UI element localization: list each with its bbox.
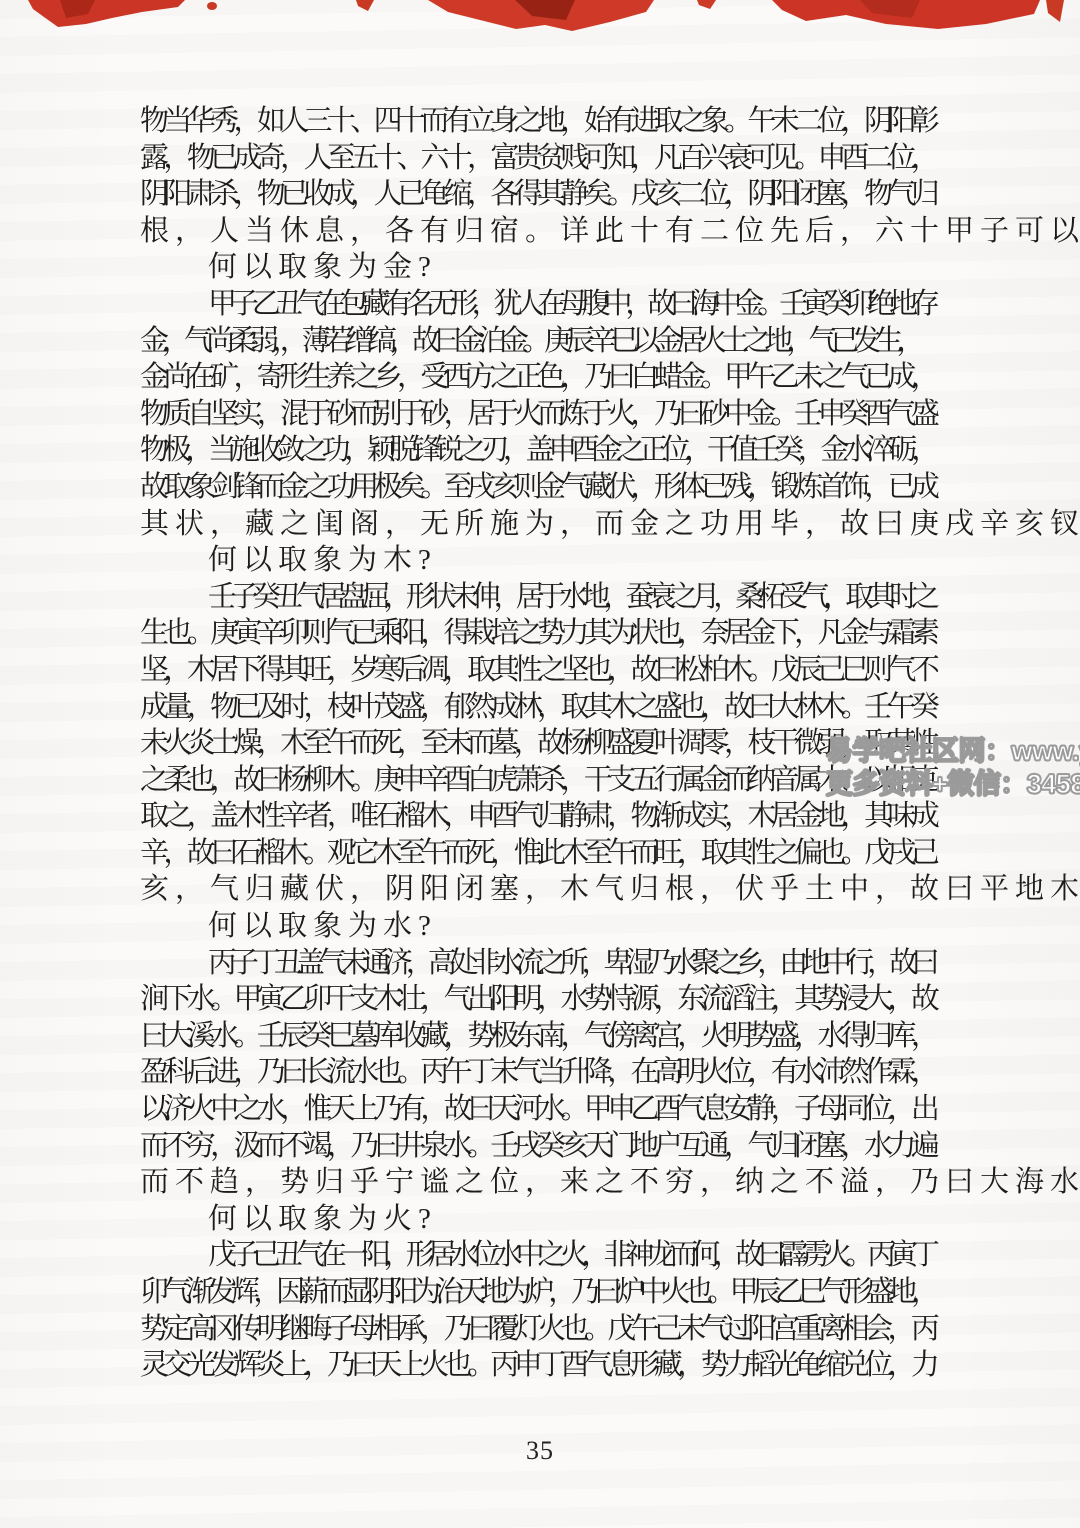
text-line: 盈科后进，乃曰长流水也。丙午丁未气当升降，在高明火位，有水沛然作霖， <box>140 1054 940 1091</box>
scanned-page: 物当华秀，如人三十、四十而有立身之地，始有进取之象。午未二位，阴阳彰露，物已成奇… <box>0 0 1080 1528</box>
text-line: 根，人当休息，各有归宿。详此十有二位先后，六十甲子可以次第而知晓。 <box>140 213 940 250</box>
text-line: 未火炎土燥，木至午而死，至未而墓，故杨柳盛夏叶凋零，枝干微弱，取其性 <box>140 725 940 762</box>
tear-speck <box>697 0 716 9</box>
red-tear-marks <box>0 0 1080 40</box>
text-line: 阴阳肃杀，物已收成，人已龟缩，各得其静矣。戌亥二位，阴阳闭塞，物气归 <box>140 176 940 213</box>
text-line: 壬子癸丑气居盘屈，形状未伸，居于水地，蚕衰之月，桑柘受气，取其时之 <box>140 579 940 616</box>
text-line: 物极，当施收敛之功，颖脱锋锐之刃，盖申酉金之正位，干值壬癸，金水淬砺， <box>140 432 940 469</box>
text-line: 坚，木居下得其旺，岁寒后凋，取其性之坚也，故曰松柏木。戊辰己巳则气不 <box>140 652 940 689</box>
text-line: 之柔也，故曰杨柳木。庚申辛酉白虎萧杀，干支五行属金而纳音属木，以相克 <box>140 762 940 799</box>
text-line: 故取象剑锋而金之功用极矣。至戌亥则金气藏伏，形体已残，锻炼首饰，已成 <box>140 469 940 506</box>
text-line: 灵交光发辉炎上，乃曰天上火也。丙申丁酉气息形藏，势力韬光龟缩兑位，力 <box>140 1347 940 1384</box>
text-line: 何以取象为火? <box>140 1201 940 1238</box>
text-line: 其状，藏之闺阁，无所施为，而金之功用毕，故曰庚戌辛亥钗钏金。 <box>140 506 940 543</box>
text-line: 何以取象为木? <box>140 542 940 579</box>
text-line: 涧下水。甲寅乙卯干支木壮，气出阳明，水势恃源，东流滔注，其势浸大，故 <box>140 981 940 1018</box>
text-line: 取之，盖木性辛者，唯石榴木，申酉气归静肃，物渐成实，木居金地，其味成 <box>140 798 940 835</box>
text-line: 而不趋，势归乎宁谧之位，来之不穷，纳之不溢，乃曰大海水也。 <box>140 1164 940 1201</box>
text-line: 亥，气归藏伏，阴阳闭塞，木气归根，伏乎土中，故曰平地木也。 <box>140 871 940 908</box>
tear-speck <box>207 2 217 10</box>
text-line: 戊子己丑气在一阳，形居水位水中之火，非神龙而何，故曰霹雳火。丙寅丁 <box>140 1237 940 1274</box>
text-line: 物当华秀，如人三十、四十而有立身之地，始有进取之象。午未二位，阴阳彰 <box>140 103 940 140</box>
text-line: 辛，故曰石榴木。观它木至午而死，惟此木至午而旺，取其性之偏也。戊戌己 <box>140 835 940 872</box>
text-line: 卯气渐发辉，因薪而显阴阳为治天地为炉，乃曰炉中火也。甲辰乙巳气形盛地， <box>140 1274 940 1311</box>
text-line: 何以取象为水? <box>140 908 940 945</box>
text-line: 金，气尚柔弱，，薄若缯缟，故曰金泊金。庚辰辛巳以金居火土之地，气已发生， <box>140 323 940 360</box>
text-line: 生也。庚寅辛卯则气已乘阳，得栽培之势力其为状也，奈居金下，凡金与霜素 <box>140 615 940 652</box>
text-line: 何以取象为金? <box>140 249 940 286</box>
text-line: 以济火中之水，惟天上乃有，故曰天河水。甲申乙酉气息安静，子母同位，出 <box>140 1091 940 1128</box>
text-line: 而不穷，汲而不竭，乃曰井泉水。壬戌癸亥天门地户互通，气归闭塞，水力遍 <box>140 1128 940 1165</box>
text-line: 成量，物已及时，枝叶茂盛，郁然成林，取其木之盛也，故曰大林木。壬午癸 <box>140 689 940 726</box>
text-line: 丙子丁丑盖气未通济，高处非水流之所，卑湿乃水聚之乡，由地中行，故曰 <box>140 945 940 982</box>
text-line: 势定高冈传明继晦子母相承，乃曰覆灯火也。戊午己未气过阳宫重离相会，丙 <box>140 1311 940 1348</box>
tear-speck <box>356 0 374 11</box>
tear-edge <box>1046 0 1064 22</box>
page-number: 35 <box>0 1436 1080 1466</box>
text-line: 露，物已成奇，人至五十、六十，富贵贫贱可知，凡百兴衰可见。申酉二位， <box>140 140 940 177</box>
text-line: 甲子乙丑气在包藏有名无形，犹人在母腹中，故曰海中金。壬寅癸卯绝地存 <box>140 286 940 323</box>
text-line: 物质自坚实，混于砂而别于砂，居于火而炼于火，乃曰砂中金。壬申癸酉气盛 <box>140 396 940 433</box>
body-text: 物当华秀，如人三十、四十而有立身之地，始有进取之象。午未二位，阴阳彰露，物已成奇… <box>140 103 940 1384</box>
text-line: 金尚在矿，寄形生养之乡，受西方之正色，乃曰白蜡金。甲午乙未之气已成， <box>140 359 940 396</box>
tear-left <box>28 0 185 27</box>
text-line: 曰大溪水。壬辰癸巳墓库收藏，势极东南，气傍离宫，火明势盛，水得归库， <box>140 1018 940 1055</box>
